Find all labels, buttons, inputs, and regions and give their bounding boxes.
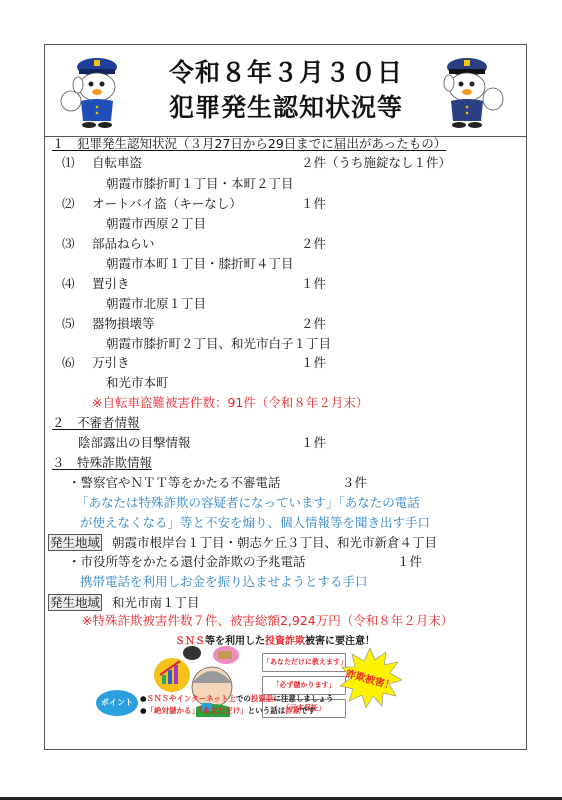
crime-count: １件 (301, 196, 326, 212)
crime-type: 置引き (92, 276, 130, 292)
point-line: ●「絶対儲かる」「あなただけ」という話は詐欺です (140, 705, 315, 716)
fraud-case-description: が使えなくなる」等と不安を煽り、個人情報等を聞き出す手口 (80, 515, 430, 531)
crime-type: 部品ねらい (92, 236, 155, 252)
item-number: ⑵ (62, 196, 75, 212)
area-label: 発生地域 (48, 594, 102, 611)
section-3-heading: ３ 特殊詐欺情報 (52, 455, 152, 471)
item-number: ⑹ (62, 355, 75, 371)
section-1-heading: １ 犯罪発生認知状況（３月27日から29日までに届出があったもの） (52, 136, 446, 152)
fraud-case-count: １件 (397, 554, 422, 570)
crime-type: 万引き (92, 355, 130, 371)
crime-count: ２件 (301, 236, 326, 252)
police-mascot-icon (59, 51, 129, 131)
report-date: 令和８年３月３０日 (145, 57, 427, 89)
fraud-case-description: 「あなたは特殊詐欺の容疑者になっています」「あなたの電話 (76, 495, 420, 511)
crime-location: 朝霞市本町１丁目・膝折町４丁目 (106, 256, 294, 272)
fraud-damage-note: ※特殊詐欺被害件数７件、被害総額2,924万円（令和８年２月末） (82, 613, 453, 629)
crime-location: 朝霞市膝折町１丁目・本町２丁目 (106, 176, 294, 192)
crime-location: 朝霞市西原２丁目 (106, 216, 206, 232)
crime-type: 器物損壊等 (92, 316, 155, 332)
fraud-area-row: 発生地域和光市南１丁目 (48, 594, 200, 611)
point-badge: ポイント (96, 690, 138, 716)
area-value: 和光市南１丁目 (112, 595, 200, 610)
crime-type: 自転車盗 (92, 155, 142, 171)
item-number: ⑸ (62, 316, 75, 332)
item-number: ⑶ (62, 236, 75, 252)
area-label: 発生地域 (48, 534, 102, 551)
crime-count: ２件（うち施錠なし１件） (301, 155, 451, 171)
suspicious-person-count: １件 (301, 435, 326, 451)
item-number: ⑴ (62, 155, 75, 171)
suspicious-person-item: 陰部露出の目撃情報 (78, 435, 191, 451)
crime-location: 朝霞市北原１丁目 (106, 296, 206, 312)
police-mascot-icon (435, 51, 505, 131)
fraud-case-count: ３件 (342, 475, 367, 491)
crime-location: 和光市本町 (106, 375, 169, 391)
section-2-heading: ２ 不審者情報 (52, 415, 140, 431)
crime-count: １件 (301, 276, 326, 292)
point-line: ●ＳＮＳやインターネット上での投資話に注意しましょう (140, 693, 333, 704)
item-number: ⑷ (62, 276, 75, 292)
fraud-case-title: ・警察官やＮＴＴ等をかたる不審電話 (68, 475, 281, 491)
scam-phrase-bubble: 「あなただけに教えます」 (262, 653, 346, 672)
bicycle-theft-note: ※自転車盗難被害件数：91件（令和８年２月末） (92, 395, 368, 411)
fraud-area-row: 発生地域朝霞市根岸台１丁目・朝志ケ丘３丁目、和光市新倉４丁目 (48, 534, 437, 551)
crime-count: ２件 (301, 316, 326, 332)
header: 令和８年３月３０日 犯罪発生認知状況等 (45, 45, 526, 137)
fraud-case-description: 携帯電話を利用しお金を振り込ませようとする手口 (80, 574, 368, 590)
fraud-case-title: ・市役所等をかたる還付金詐欺の予兆電話 (68, 554, 306, 570)
area-value: 朝霞市根岸台１丁目・朝志ケ丘３丁目、和光市新倉４丁目 (112, 535, 437, 550)
fraud-damage-burst-icon: 詐欺被害！ (338, 648, 402, 708)
crime-location: 朝霞市膝折町２丁目、和光市白子１丁目 (106, 336, 331, 352)
crime-count: １件 (301, 355, 326, 371)
crime-type: オートバイ盗（キーなし） (92, 196, 242, 212)
page-title: 犯罪発生認知状況等 (145, 92, 427, 124)
